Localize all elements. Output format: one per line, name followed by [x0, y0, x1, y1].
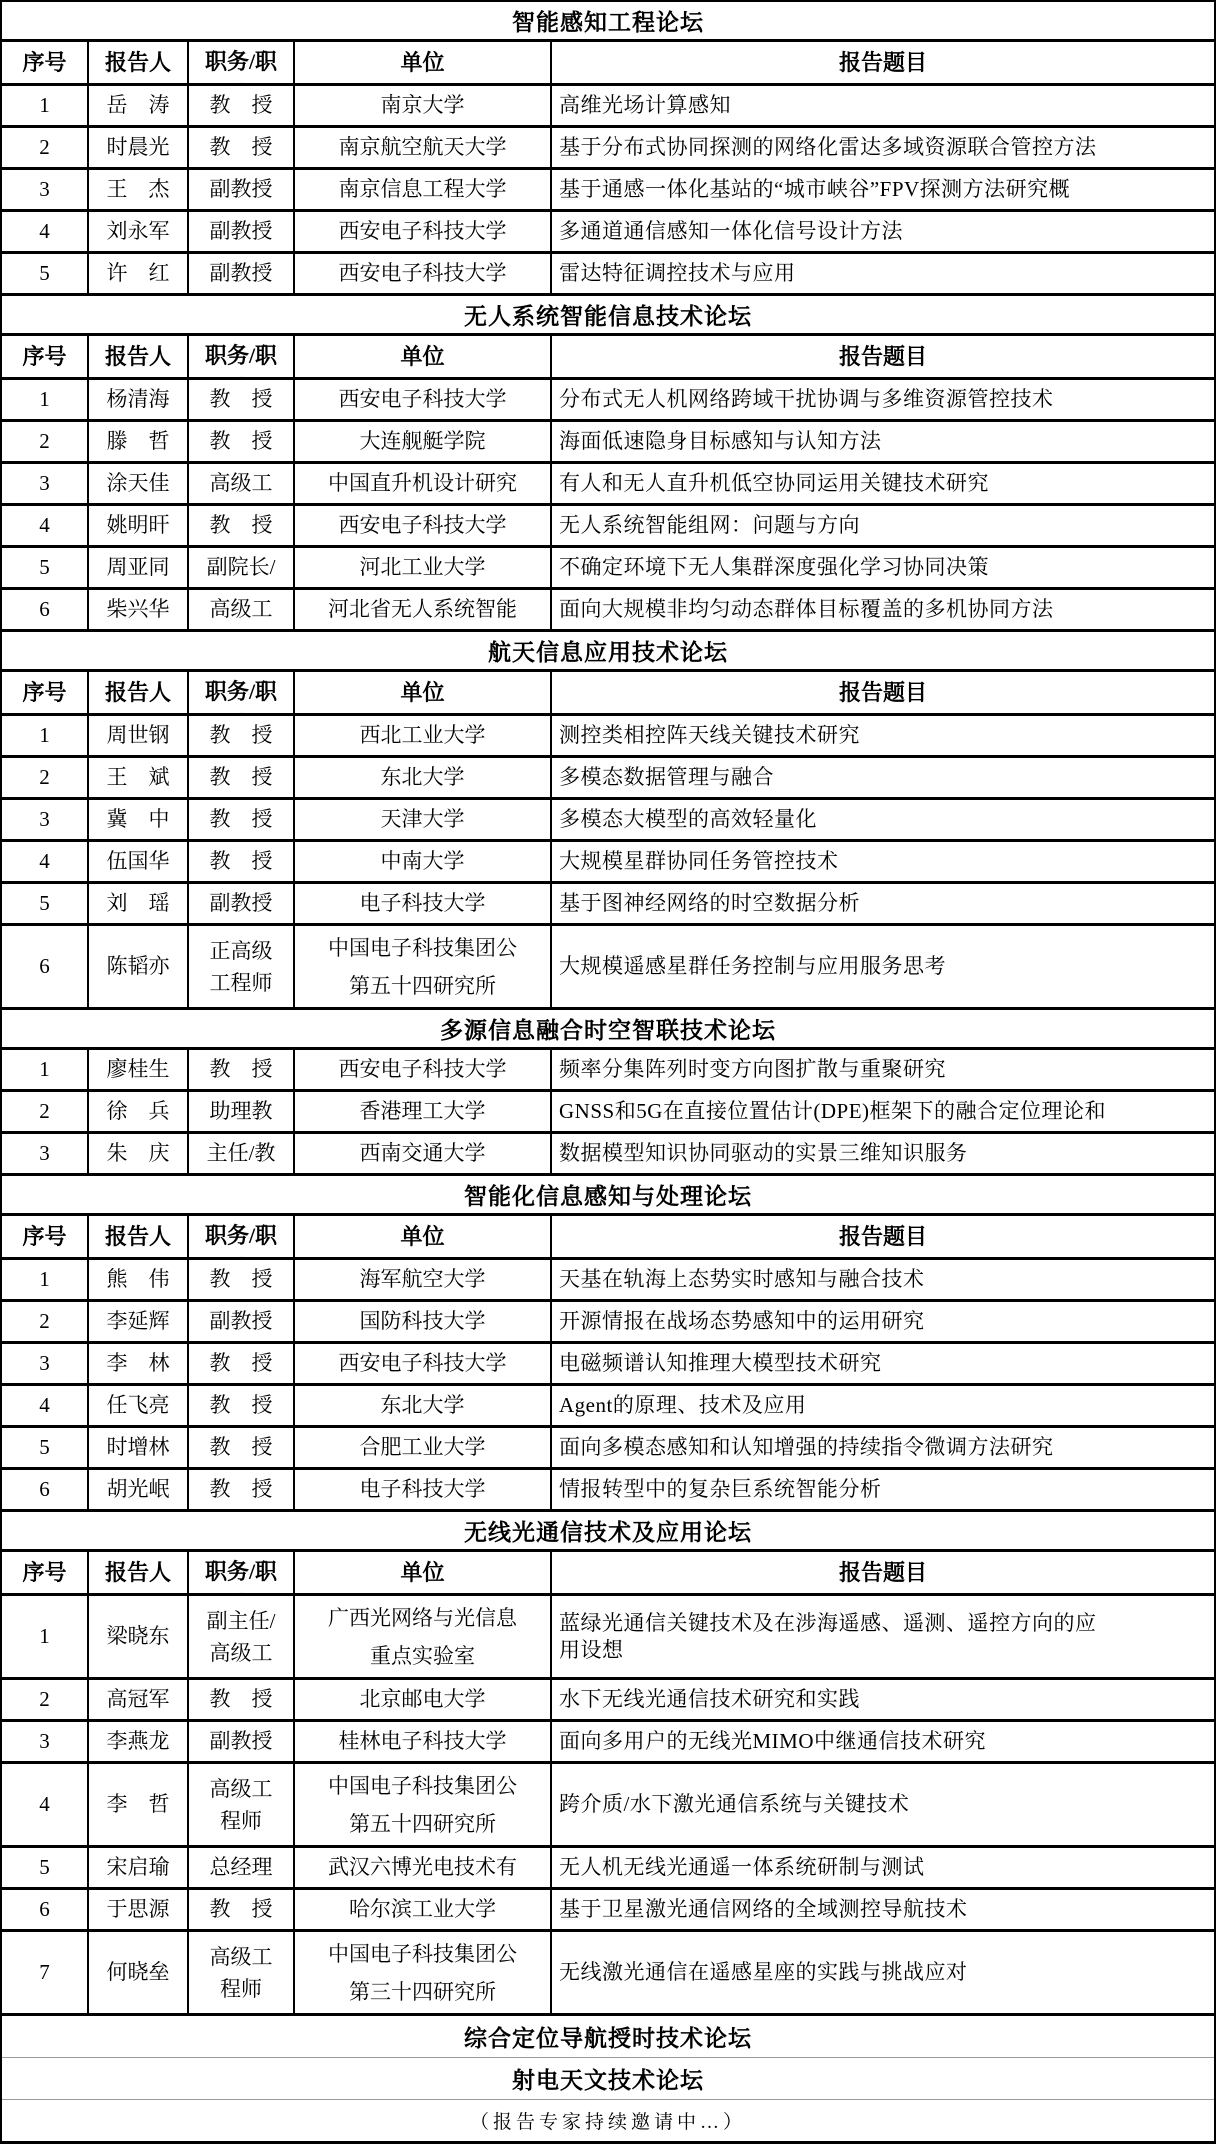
column-header-org: 单位 — [295, 1552, 552, 1593]
section-title: 智能化信息感知与处理论坛 — [464, 1178, 752, 1211]
column-header-topic: 报告题目 — [552, 336, 1214, 377]
cell-no: 4 — [2, 842, 89, 881]
cell-position: 副院长/ — [189, 548, 295, 587]
column-header-org: 单位 — [295, 672, 552, 713]
section-title: 航天信息应用技术论坛 — [488, 634, 728, 667]
section-title: 射电天文技术论坛 — [512, 2062, 704, 2095]
cell-topic: 基于分布式协同探测的网络化雷达多域资源联合管控方法 — [552, 128, 1214, 167]
cell-speaker: 李 林 — [89, 1344, 189, 1383]
cell-position: 教 授 — [189, 800, 295, 839]
program-table: 智能感知工程论坛序号报告人职务/职 称单位报告题目1岳 涛教 授南京大学高维光场… — [0, 0, 1216, 2144]
section-title-row: 智能感知工程论坛 — [2, 2, 1214, 42]
cell-no: 3 — [2, 800, 89, 839]
cell-no: 2 — [2, 422, 89, 461]
cell-position: 教 授 — [189, 1260, 295, 1299]
table-row: 5宋启瑜总经理武汉六博光电技术有无人机无线光通遥一体系统研制与测试 — [2, 1848, 1214, 1890]
column-header-no: 序号 — [2, 336, 89, 377]
cell-speaker: 冀 中 — [89, 800, 189, 839]
cell-topic: 海面低速隐身目标感知与认知方法 — [552, 422, 1214, 461]
column-header-topic: 报告题目 — [552, 1216, 1214, 1257]
table-row: 6胡光岷教 授电子科技大学情报转型中的复杂巨系统智能分析 — [2, 1470, 1214, 1512]
cell-position: 教 授 — [189, 758, 295, 797]
cell-no: 5 — [2, 884, 89, 923]
table-row: 5时增林教 授合肥工业大学面向多模态感知和认知增强的持续指令微调方法研究 — [2, 1428, 1214, 1470]
cell-speaker: 王 杰 — [89, 170, 189, 209]
column-header-speaker: 报告人 — [89, 1216, 189, 1257]
cell-no: 4 — [2, 506, 89, 545]
table-row: 6柴兴华高级工河北省无人系统智能面向大规模非均匀动态群体目标覆盖的多机协同方法 — [2, 590, 1214, 632]
cell-speaker: 柴兴华 — [89, 590, 189, 629]
cell-organization: 南京大学 — [295, 86, 552, 125]
column-header-speaker: 报告人 — [89, 672, 189, 713]
cell-speaker: 许 红 — [89, 254, 189, 293]
cell-position: 教 授 — [189, 422, 295, 461]
footer-note: （报告专家持续邀请中…） — [470, 2107, 746, 2134]
footer-note-row: （报告专家持续邀请中…） — [2, 2100, 1214, 2141]
cell-position: 教 授 — [189, 1680, 295, 1719]
cell-position: 副主任/ 高级工 — [189, 1596, 295, 1677]
cell-topic: 多模态大模型的高效轻量化 — [552, 800, 1214, 839]
cell-organization: 香港理工大学 — [295, 1092, 552, 1131]
cell-organization: 中国直升机设计研究 — [295, 464, 552, 503]
table-row: 3涂天佳高级工中国直升机设计研究有人和无人直升机低空协同运用关键技术研究 — [2, 464, 1214, 506]
table-row: 4伍国华教 授中南大学大规模星群协同任务管控技术 — [2, 842, 1214, 884]
cell-position: 高级工 程师 — [189, 1932, 295, 2013]
cell-no: 2 — [2, 1680, 89, 1719]
column-header-position-text: 职务/职 称 — [205, 1219, 277, 1257]
cell-topic: 蓝绿光通信关键技术及在涉海遥感、遥测、遥控方向的应 用设想 — [552, 1596, 1214, 1677]
cell-position: 教 授 — [189, 1470, 295, 1509]
column-header-no: 序号 — [2, 672, 89, 713]
cell-speaker: 涂天佳 — [89, 464, 189, 503]
cell-organization: 河北省无人系统智能 — [295, 590, 552, 629]
cell-speaker: 伍国华 — [89, 842, 189, 881]
table-row: 3朱 庆主任/教西南交通大学数据模型知识协同驱动的实景三维知识服务 — [2, 1134, 1214, 1176]
cell-speaker: 梁晓东 — [89, 1596, 189, 1677]
cell-organization: 西安电子科技大学 — [295, 506, 552, 545]
cell-no: 2 — [2, 1092, 89, 1131]
cell-no: 2 — [2, 1302, 89, 1341]
column-header-row: 序号报告人职务/职 称单位报告题目 — [2, 42, 1214, 86]
column-header-topic: 报告题目 — [552, 672, 1214, 713]
column-header-position: 职务/职 称 — [189, 1216, 295, 1257]
table-row: 4刘永军副教授西安电子科技大学多通道通信感知一体化信号设计方法 — [2, 212, 1214, 254]
column-header-speaker: 报告人 — [89, 1552, 189, 1593]
column-header-no: 序号 — [2, 42, 89, 83]
cell-position: 正高级 工程师 — [189, 926, 295, 1007]
section-title-row: 航天信息应用技术论坛 — [2, 632, 1214, 672]
cell-topic: 不确定环境下无人集群深度强化学习协同决策 — [552, 548, 1214, 587]
cell-organization: 西安电子科技大学 — [295, 380, 552, 419]
cell-organization: 南京航空航天大学 — [295, 128, 552, 167]
section-title: 综合定位导航授时技术论坛 — [464, 2020, 752, 2053]
table-row: 1廖桂生教 授西安电子科技大学频率分集阵列时变方向图扩散与重聚研究 — [2, 1050, 1214, 1092]
cell-organization: 电子科技大学 — [295, 884, 552, 923]
cell-position: 教 授 — [189, 1428, 295, 1467]
column-header-position-text: 职务/职 称 — [205, 45, 277, 83]
cell-topic: 大规模遥感星群任务控制与应用服务思考 — [552, 926, 1214, 1007]
cell-topic: 测控类相控阵天线关键技术研究 — [552, 716, 1214, 755]
cell-position: 教 授 — [189, 1050, 295, 1089]
column-header-no: 序号 — [2, 1216, 89, 1257]
table-row: 3李 林教 授西安电子科技大学电磁频谱认知推理大模型技术研究 — [2, 1344, 1214, 1386]
table-row: 1周世钢教 授西北工业大学测控类相控阵天线关键技术研究 — [2, 716, 1214, 758]
cell-position: 教 授 — [189, 86, 295, 125]
column-header-no: 序号 — [2, 1552, 89, 1593]
cell-position: 教 授 — [189, 1344, 295, 1383]
cell-organization: 东北大学 — [295, 758, 552, 797]
table-row: 4任飞亮教 授东北大学Agent的原理、技术及应用 — [2, 1386, 1214, 1428]
cell-topic: 基于图神经网络的时空数据分析 — [552, 884, 1214, 923]
cell-no: 3 — [2, 1344, 89, 1383]
table-row: 2时晨光教 授南京航空航天大学基于分布式协同探测的网络化雷达多域资源联合管控方法 — [2, 128, 1214, 170]
cell-organization: 中南大学 — [295, 842, 552, 881]
cell-position: 教 授 — [189, 1890, 295, 1929]
section-title-row: 射电天文技术论坛 — [2, 2058, 1214, 2100]
cell-speaker: 刘 瑶 — [89, 884, 189, 923]
cell-no: 5 — [2, 1848, 89, 1887]
section-title-row: 多源信息融合时空智联技术论坛 — [2, 1010, 1214, 1050]
cell-topic: 无人系统智能组网：问题与方向 — [552, 506, 1214, 545]
cell-organization: 武汉六博光电技术有 — [295, 1848, 552, 1887]
column-header-position-text: 职务/职 称 — [205, 675, 277, 713]
cell-speaker: 周世钢 — [89, 716, 189, 755]
column-header-row: 序号报告人职务/职 称单位报告题目 — [2, 1216, 1214, 1260]
cell-topic: 跨介质/水下激光通信系统与关键技术 — [552, 1764, 1214, 1845]
cell-no: 1 — [2, 1596, 89, 1677]
cell-no: 6 — [2, 1890, 89, 1929]
cell-organization: 西安电子科技大学 — [295, 254, 552, 293]
cell-speaker: 朱 庆 — [89, 1134, 189, 1173]
cell-organization: 西北工业大学 — [295, 716, 552, 755]
cell-speaker: 胡光岷 — [89, 1470, 189, 1509]
section-title: 无线光通信技术及应用论坛 — [464, 1514, 752, 1547]
column-header-org: 单位 — [295, 336, 552, 377]
cell-no: 4 — [2, 1386, 89, 1425]
cell-organization: 北京邮电大学 — [295, 1680, 552, 1719]
cell-no: 1 — [2, 1260, 89, 1299]
cell-organization: 国防科技大学 — [295, 1302, 552, 1341]
cell-organization: 桂林电子科技大学 — [295, 1722, 552, 1761]
cell-topic: 多模态数据管理与融合 — [552, 758, 1214, 797]
cell-speaker: 宋启瑜 — [89, 1848, 189, 1887]
table-row: 2徐 兵助理教香港理工大学GNSS和5G在直接位置估计(DPE)框架下的融合定位… — [2, 1092, 1214, 1134]
cell-no: 6 — [2, 926, 89, 1007]
section-title: 多源信息融合时空智联技术论坛 — [440, 1012, 776, 1045]
table-row: 5许 红副教授西安电子科技大学雷达特征调控技术与应用 — [2, 254, 1214, 296]
cell-position: 教 授 — [189, 506, 295, 545]
cell-speaker: 王 斌 — [89, 758, 189, 797]
cell-no: 2 — [2, 128, 89, 167]
cell-no: 3 — [2, 464, 89, 503]
cell-topic: 基于卫星激光通信网络的全域测控导航技术 — [552, 1890, 1214, 1929]
table-row: 1熊 伟教 授海军航空大学天基在轨海上态势实时感知与融合技术 — [2, 1260, 1214, 1302]
cell-topic: 开源情报在战场态势感知中的运用研究 — [552, 1302, 1214, 1341]
cell-position: 副教授 — [189, 1302, 295, 1341]
cell-organization: 海军航空大学 — [295, 1260, 552, 1299]
cell-organization: 河北工业大学 — [295, 548, 552, 587]
cell-position: 高级工 — [189, 590, 295, 629]
cell-no: 5 — [2, 548, 89, 587]
section-title: 无人系统智能信息技术论坛 — [464, 298, 752, 331]
column-header-org: 单位 — [295, 42, 552, 83]
table-row: 2高冠军教 授北京邮电大学水下无线光通信技术研究和实践 — [2, 1680, 1214, 1722]
cell-speaker: 廖桂生 — [89, 1050, 189, 1089]
cell-organization: 西安电子科技大学 — [295, 1344, 552, 1383]
cell-topic: 天基在轨海上态势实时感知与融合技术 — [552, 1260, 1214, 1299]
cell-position: 副教授 — [189, 212, 295, 251]
column-header-row: 序号报告人职务/职 称单位报告题目 — [2, 336, 1214, 380]
section-title: 智能感知工程论坛 — [512, 4, 704, 37]
cell-position: 教 授 — [189, 128, 295, 167]
column-header-topic: 报告题目 — [552, 42, 1214, 83]
cell-speaker: 滕 哲 — [89, 422, 189, 461]
column-header-position: 职务/职 称 — [189, 1552, 295, 1593]
cell-topic: 面向多模态感知和认知增强的持续指令微调方法研究 — [552, 1428, 1214, 1467]
cell-organization: 中国电子科技集团公 第五十四研究所 — [295, 926, 552, 1007]
cell-organization: 电子科技大学 — [295, 1470, 552, 1509]
cell-no: 1 — [2, 380, 89, 419]
cell-speaker: 任飞亮 — [89, 1386, 189, 1425]
cell-organization: 西南交通大学 — [295, 1134, 552, 1173]
cell-topic: 大规模星群协同任务管控技术 — [552, 842, 1214, 881]
table-row: 3王 杰副教授南京信息工程大学基于通感一体化基站的“城市峡谷”FPV探测方法研究… — [2, 170, 1214, 212]
table-row: 6陈韬亦正高级 工程师中国电子科技集团公 第五十四研究所大规模遥感星群任务控制与… — [2, 926, 1214, 1010]
cell-organization: 天津大学 — [295, 800, 552, 839]
section-title-row: 无人系统智能信息技术论坛 — [2, 296, 1214, 336]
column-header-position-text: 职务/职 称 — [205, 1555, 277, 1593]
cell-speaker: 周亚同 — [89, 548, 189, 587]
cell-topic: 多通道通信感知一体化信号设计方法 — [552, 212, 1214, 251]
cell-no: 5 — [2, 1428, 89, 1467]
cell-no: 1 — [2, 1050, 89, 1089]
column-header-row: 序号报告人职务/职 称单位报告题目 — [2, 672, 1214, 716]
cell-topic: 面向多用户的无线光MIMO中继通信技术研究 — [552, 1722, 1214, 1761]
cell-topic: 分布式无人机网络跨域干扰协调与多维资源管控技术 — [552, 380, 1214, 419]
sections-root: 智能感知工程论坛序号报告人职务/职 称单位报告题目1岳 涛教 授南京大学高维光场… — [2, 2, 1214, 2100]
cell-position: 教 授 — [189, 380, 295, 419]
cell-topic: 无人机无线光通遥一体系统研制与测试 — [552, 1848, 1214, 1887]
table-row: 1岳 涛教 授南京大学高维光场计算感知 — [2, 86, 1214, 128]
table-row: 4李 哲高级工 程师中国电子科技集团公 第五十四研究所跨介质/水下激光通信系统与… — [2, 1764, 1214, 1848]
cell-topic: 无线激光通信在遥感星座的实践与挑战应对 — [552, 1932, 1214, 2013]
table-row: 2王 斌教 授东北大学多模态数据管理与融合 — [2, 758, 1214, 800]
cell-no: 4 — [2, 212, 89, 251]
column-header-speaker: 报告人 — [89, 42, 189, 83]
cell-no: 1 — [2, 716, 89, 755]
cell-no: 4 — [2, 1764, 89, 1845]
cell-no: 6 — [2, 1470, 89, 1509]
column-header-org: 单位 — [295, 1216, 552, 1257]
table-row: 2李延辉副教授国防科技大学开源情报在战场态势感知中的运用研究 — [2, 1302, 1214, 1344]
cell-speaker: 杨清海 — [89, 380, 189, 419]
table-row: 6于思源教 授哈尔滨工业大学基于卫星激光通信网络的全域测控导航技术 — [2, 1890, 1214, 1932]
column-header-row: 序号报告人职务/职 称单位报告题目 — [2, 1552, 1214, 1596]
section-title-row: 综合定位导航授时技术论坛 — [2, 2016, 1214, 2058]
cell-speaker: 岳 涛 — [89, 86, 189, 125]
cell-organization: 合肥工业大学 — [295, 1428, 552, 1467]
cell-topic: 频率分集阵列时变方向图扩散与重聚研究 — [552, 1050, 1214, 1089]
cell-position: 总经理 — [189, 1848, 295, 1887]
cell-organization: 中国电子科技集团公 第三十四研究所 — [295, 1932, 552, 2013]
cell-position: 副教授 — [189, 884, 295, 923]
table-row: 3李燕龙副教授桂林电子科技大学面向多用户的无线光MIMO中继通信技术研究 — [2, 1722, 1214, 1764]
cell-topic: 面向大规模非均匀动态群体目标覆盖的多机协同方法 — [552, 590, 1214, 629]
column-header-position: 职务/职 称 — [189, 672, 295, 713]
cell-no: 7 — [2, 1932, 89, 2013]
table-row: 7何晓垒高级工 程师中国电子科技集团公 第三十四研究所无线激光通信在遥感星座的实… — [2, 1932, 1214, 2016]
cell-position: 副教授 — [189, 1722, 295, 1761]
cell-no: 3 — [2, 170, 89, 209]
cell-speaker: 时增林 — [89, 1428, 189, 1467]
section-title-row: 智能化信息感知与处理论坛 — [2, 1176, 1214, 1216]
cell-position: 副教授 — [189, 254, 295, 293]
cell-speaker: 高冠军 — [89, 1680, 189, 1719]
table-row: 1梁晓东副主任/ 高级工广西光网络与光信息 重点实验室蓝绿光通信关键技术及在涉海… — [2, 1596, 1214, 1680]
column-header-speaker: 报告人 — [89, 336, 189, 377]
cell-no: 3 — [2, 1722, 89, 1761]
column-header-topic: 报告题目 — [552, 1552, 1214, 1593]
cell-position: 助理教 — [189, 1092, 295, 1131]
cell-speaker: 时晨光 — [89, 128, 189, 167]
table-row: 3冀 中教 授天津大学多模态大模型的高效轻量化 — [2, 800, 1214, 842]
table-row: 5刘 瑶副教授电子科技大学基于图神经网络的时空数据分析 — [2, 884, 1214, 926]
cell-organization: 广西光网络与光信息 重点实验室 — [295, 1596, 552, 1677]
cell-topic: 数据模型知识协同驱动的实景三维知识服务 — [552, 1134, 1214, 1173]
cell-no: 1 — [2, 86, 89, 125]
cell-organization: 南京信息工程大学 — [295, 170, 552, 209]
cell-speaker: 于思源 — [89, 1890, 189, 1929]
cell-speaker: 熊 伟 — [89, 1260, 189, 1299]
table-row: 1杨清海教 授西安电子科技大学分布式无人机网络跨域干扰协调与多维资源管控技术 — [2, 380, 1214, 422]
cell-organization: 东北大学 — [295, 1386, 552, 1425]
column-header-position: 职务/职 称 — [189, 336, 295, 377]
cell-topic: 有人和无人直升机低空协同运用关键技术研究 — [552, 464, 1214, 503]
table-row: 4姚明旰教 授西安电子科技大学无人系统智能组网：问题与方向 — [2, 506, 1214, 548]
column-header-position-text: 职务/职 称 — [205, 339, 277, 377]
cell-no: 5 — [2, 254, 89, 293]
cell-speaker: 李 哲 — [89, 1764, 189, 1845]
cell-topic: 水下无线光通信技术研究和实践 — [552, 1680, 1214, 1719]
cell-speaker: 刘永军 — [89, 212, 189, 251]
table-row: 5周亚同副院长/河北工业大学不确定环境下无人集群深度强化学习协同决策 — [2, 548, 1214, 590]
cell-no: 6 — [2, 590, 89, 629]
cell-position: 主任/教 — [189, 1134, 295, 1173]
cell-speaker: 何晓垒 — [89, 1932, 189, 2013]
cell-topic: GNSS和5G在直接位置估计(DPE)框架下的融合定位理论和 — [552, 1092, 1214, 1131]
cell-organization: 西安电子科技大学 — [295, 1050, 552, 1089]
cell-position: 高级工 — [189, 464, 295, 503]
cell-speaker: 李燕龙 — [89, 1722, 189, 1761]
cell-topic: 基于通感一体化基站的“城市峡谷”FPV探测方法研究概 — [552, 170, 1214, 209]
cell-speaker: 徐 兵 — [89, 1092, 189, 1131]
cell-no: 3 — [2, 1134, 89, 1173]
column-header-position: 职务/职 称 — [189, 42, 295, 83]
cell-position: 高级工 程师 — [189, 1764, 295, 1845]
cell-no: 2 — [2, 758, 89, 797]
cell-topic: 电磁频谱认知推理大模型技术研究 — [552, 1344, 1214, 1383]
cell-organization: 哈尔滨工业大学 — [295, 1890, 552, 1929]
cell-topic: 高维光场计算感知 — [552, 86, 1214, 125]
cell-organization: 西安电子科技大学 — [295, 212, 552, 251]
cell-position: 教 授 — [189, 1386, 295, 1425]
cell-topic: 情报转型中的复杂巨系统智能分析 — [552, 1470, 1214, 1509]
cell-position: 副教授 — [189, 170, 295, 209]
cell-organization: 中国电子科技集团公 第五十四研究所 — [295, 1764, 552, 1845]
cell-position: 教 授 — [189, 716, 295, 755]
cell-position: 教 授 — [189, 842, 295, 881]
table-row: 2滕 哲教 授大连舰艇学院海面低速隐身目标感知与认知方法 — [2, 422, 1214, 464]
section-title-row: 无线光通信技术及应用论坛 — [2, 1512, 1214, 1552]
cell-topic: 雷达特征调控技术与应用 — [552, 254, 1214, 293]
cell-speaker: 姚明旰 — [89, 506, 189, 545]
cell-speaker: 陈韬亦 — [89, 926, 189, 1007]
cell-organization: 大连舰艇学院 — [295, 422, 552, 461]
cell-speaker: 李延辉 — [89, 1302, 189, 1341]
cell-topic: Agent的原理、技术及应用 — [552, 1386, 1214, 1425]
